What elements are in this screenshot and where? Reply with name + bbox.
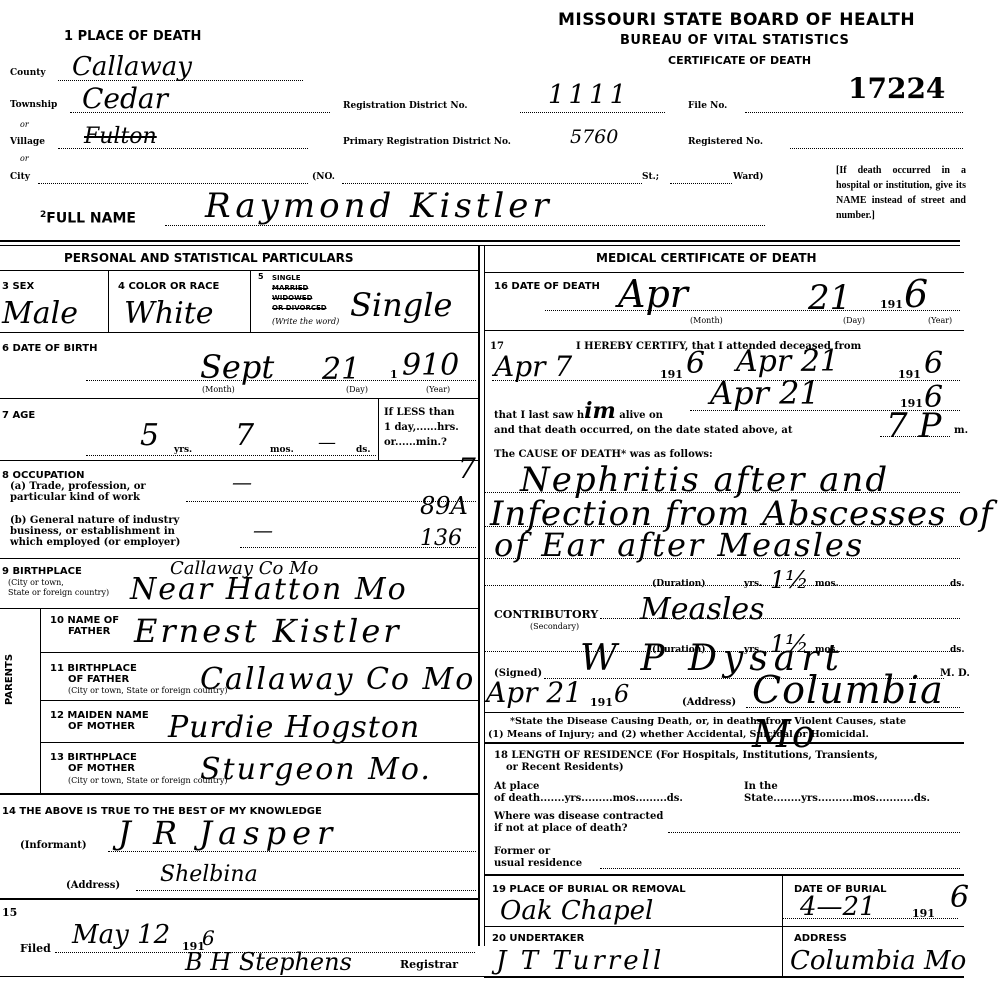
age-yrs-label: yrs. [174, 445, 192, 455]
marital-options: SINGLE MARRIED WIDOWED OR DIVORCED [272, 273, 327, 313]
primary-registration-label: Primary Registration District No. [343, 137, 511, 147]
at-place-line-2: of death.......yrs.........mos.........d… [494, 793, 683, 805]
informant-address-label: (Address) [66, 880, 120, 891]
father-name-label-1: 10 NAME OF [50, 615, 119, 626]
sex-value: Male [2, 296, 78, 331]
informant-value: J R Jasper [118, 814, 338, 852]
last-saw-pronoun: im [584, 398, 616, 424]
signed-date: Apr 21 [486, 676, 582, 709]
dod-month-caption: (Month) [690, 316, 723, 325]
date-of-death-month: Apr [618, 272, 688, 316]
occupation-b-label: (b) General nature of industry business,… [10, 515, 180, 548]
attended-to-year: 6 [924, 346, 943, 381]
burial-year: 6 [950, 880, 969, 915]
where-contracted: Where was disease contracted if not at p… [494, 811, 663, 835]
mother-name-label: 12 MAIDEN NAME OF MOTHER [50, 710, 149, 732]
village-value: Fulton [84, 124, 157, 149]
street-number-label: (NO. [312, 172, 335, 182]
race-value: White [124, 296, 214, 331]
marital-option-married: MARRIED [272, 283, 327, 293]
contrib-duration-ds-label: ds. [950, 645, 965, 655]
age-mos-label: mos. [270, 445, 294, 455]
cause-label: The CAUSE OF DEATH* was as follows: [494, 449, 713, 460]
father-name-label-2: FATHER [50, 626, 119, 637]
township-label: Township [10, 100, 57, 110]
father-name-value: Ernest Kistler [134, 612, 402, 650]
father-bp-label-1: 11 BIRTHPLACE [50, 663, 137, 674]
age-years: 5 [140, 418, 159, 453]
date-of-death-year-prefix: 191 [880, 298, 903, 311]
dob-month-caption: (Month) [202, 385, 235, 394]
registrar-signature: B H Stephens [185, 948, 352, 976]
county-value: Callaway [72, 52, 192, 82]
age-months: 7 [235, 418, 254, 453]
last-saw-prefix: that I last saw h [494, 410, 584, 421]
father-name-label: 10 NAME OF FATHER [50, 615, 119, 637]
medical-heading: MEDICAL CERTIFICATE OF DEATH [596, 251, 817, 265]
mother-birthplace-label: 13 BIRTHPLACE OF MOTHER [50, 752, 137, 774]
attended-from-date: Apr 7 [494, 350, 572, 383]
former-line-2: usual residence [494, 858, 582, 870]
margin-code-1: 7 [458, 452, 476, 485]
street-label: St.; [642, 172, 659, 182]
certificate-type: CERTIFICATE OF DEATH [668, 54, 811, 67]
contracted-line-1: Where was disease contracted [494, 811, 663, 823]
margin-code-2: 89A [420, 492, 468, 520]
occupation-label: 8 OCCUPATION [2, 470, 85, 481]
occupation-a-label: (a) Trade, profession, or particular kin… [10, 481, 146, 503]
duration-ds-label: ds. [950, 579, 965, 589]
full-name-text: FULL NAME [46, 211, 136, 227]
or-label: or [20, 120, 29, 129]
personal-heading: PERSONAL AND STATISTICAL PARTICULARS [64, 251, 354, 265]
residence-heading-line-2: or Recent Residents) [494, 762, 878, 774]
death-time-value: 7 P [886, 406, 941, 446]
death-time-text: and that death occurred, on the date sta… [494, 425, 793, 436]
cause-line-3: of Ear after Measles [494, 526, 864, 564]
marital-option-divorced: OR DIVORCED [272, 303, 327, 313]
in-state-line-2: State........yrs..........mos...........… [744, 793, 930, 805]
date-of-death-label: 16 DATE OF DEATH [494, 281, 600, 292]
undertaker-address-label: ADDRESS [794, 933, 847, 944]
filed-date: May 12 [72, 920, 170, 950]
mother-name-label-1: 12 MAIDEN NAME [50, 710, 149, 721]
mother-name-value: Purdie Hogston [168, 710, 420, 745]
occupation-b-value: — [253, 518, 273, 542]
father-birthplace-value: Callaway Co Mo [200, 662, 475, 697]
dob-label: 6 DATE OF BIRTH [2, 343, 97, 354]
signed-year-prefix: 191 [590, 696, 613, 709]
secondary-label: (Secondary) [530, 622, 579, 631]
contributory-label: CONTRIBUTORY [494, 608, 598, 621]
physician-address-label: (Address) [682, 697, 736, 708]
duration-yrs-label: yrs. [744, 579, 762, 589]
last-saw-text: that I last saw him alive on [494, 398, 663, 424]
footnote-line-2: (1) Means of Injury; and (2) whether Acc… [488, 729, 869, 740]
registered-no-label: Registered No. [688, 137, 763, 147]
dob-day-caption: (Day) [346, 385, 368, 394]
father-birthplace-label: 11 BIRTHPLACE OF FATHER [50, 663, 137, 685]
full-name-label: 2FULL NAME [40, 210, 136, 227]
duration-label: (Duration) [652, 579, 706, 589]
marital-option-widowed: WIDOWED [272, 293, 327, 303]
occ-a-line-1: (a) Trade, profession, or [10, 481, 146, 492]
less-than-line-2: 1 day,......hrs. [384, 420, 459, 435]
informant-address-value: Shelbina [160, 862, 258, 887]
occupation-a-value: — [232, 470, 252, 494]
dob-year: 910 [402, 348, 459, 383]
place-of-death-heading: 1 PLACE OF DEATH [64, 29, 201, 44]
dob-month: Sept [200, 348, 274, 386]
residence-heading: 18 LENGTH OF RESIDENCE (For Hospitals, I… [494, 750, 878, 774]
undertaker-address-value: Columbia Mo [790, 946, 966, 976]
age-days: — [318, 432, 336, 453]
birthplace-value: Near Hatton Mo [130, 572, 408, 607]
full-name-value: Raymond Kistler [205, 186, 553, 226]
burial-date-value: 4—21 [800, 892, 876, 922]
mother-bp-label-1: 13 BIRTHPLACE [50, 752, 137, 763]
dod-year-caption: (Year) [928, 316, 952, 325]
at-place-of-death: At place of death.......yrs.........mos.… [494, 781, 683, 805]
primary-registration-value: 5760 [570, 126, 618, 148]
duration-months: 1½ [770, 566, 809, 594]
death-time-suffix: m. [954, 425, 968, 436]
date-of-death-year: 6 [904, 272, 928, 316]
residence-heading-line-1: 18 LENGTH OF RESIDENCE (For Hospitals, I… [494, 750, 878, 762]
duration-mos-label: mos. [815, 579, 839, 589]
city-label: City [10, 172, 30, 182]
mother-birthplace-value: Sturgeon Mo. [200, 752, 432, 787]
sex-label: 3 SEX [2, 281, 34, 292]
contracted-line-2: if not at place of death? [494, 823, 663, 835]
former-residence: Former or usual residence [494, 846, 582, 870]
filed-label: Filed [20, 942, 51, 955]
board-title: MISSOURI STATE BOARD OF HEALTH [558, 10, 915, 30]
at-place-line-1: At place [494, 781, 683, 793]
burial-place-value: Oak Chapel [500, 896, 653, 926]
dod-day-caption: (Day) [843, 316, 865, 325]
birthplace-label: 9 BIRTHPLACE [2, 566, 82, 577]
dob-year-caption: (Year) [426, 385, 450, 394]
burial-place-label: 19 PLACE OF BURIAL OR REMOVAL [492, 884, 686, 895]
birthplace-hint-2: State or foreign country) [8, 588, 109, 598]
marital-hint: (Write the word) [272, 317, 339, 326]
hospital-note: [If death occurred in a hospital or inst… [836, 163, 966, 223]
age-ds-label: ds. [356, 445, 371, 455]
county-label: County [10, 68, 46, 78]
margin-code-3: 136 [420, 526, 462, 551]
ward-label: Ward) [733, 172, 763, 182]
filed-year: 6 [202, 926, 215, 950]
occ-b-line-2: business, or establishment in [10, 526, 180, 537]
parents-side-label: PARENTS [4, 654, 15, 705]
occ-b-line-3: which employed (or employer) [10, 537, 180, 548]
registrar-label: Registrar [400, 958, 458, 971]
alive-on-text: alive on [619, 410, 663, 421]
birthplace-hint-1: (City or town, [8, 578, 109, 588]
marital-value: Single [350, 286, 452, 324]
dob-day: 21 [322, 352, 360, 387]
less-than-day-note: If LESS than 1 day,......hrs. or......mi… [384, 405, 459, 450]
attended-to-year-prefix: 191 [898, 368, 921, 381]
dob-year-prefix: 1 [390, 368, 398, 381]
or-label-2: or [20, 154, 29, 163]
birthplace-hint: (City or town, State or foreign country) [8, 578, 109, 598]
registration-district-label: Registration District No. [343, 101, 468, 111]
undertaker-label: 20 UNDERTAKER [492, 933, 584, 944]
former-line-1: Former or [494, 846, 582, 858]
mother-name-label-2: OF MOTHER [50, 721, 149, 732]
attended-from-year-prefix: 191 [660, 368, 683, 381]
registration-district-value: 1111 [548, 80, 630, 110]
marital-number: 5 [258, 272, 264, 281]
in-state-line-1: In the [744, 781, 930, 793]
age-label: 7 AGE [2, 410, 35, 421]
occ-b-line-1: (b) General nature of industry [10, 515, 180, 526]
contributory-value: Measles [640, 592, 765, 627]
township-value: Cedar [82, 82, 168, 115]
file-number-stamp: 17224 [848, 72, 945, 105]
less-than-line-3: or......min.? [384, 435, 459, 450]
burial-year-prefix: 191 [912, 907, 935, 920]
occ-a-line-2: particular kind of work [10, 492, 146, 503]
signed-year: 6 [614, 680, 629, 708]
date-of-death-day: 21 [808, 278, 851, 318]
race-label: 4 COLOR OR RACE [118, 281, 219, 292]
mother-bp-label-2: OF MOTHER [50, 763, 137, 774]
marital-option-single: SINGLE [272, 273, 327, 283]
informant-label: (Informant) [20, 840, 87, 851]
attended-from-year: 6 [686, 346, 705, 381]
footnote-line-1: *State the Disease Causing Death, or, in… [510, 716, 906, 727]
last-saw-date: Apr 21 [710, 374, 820, 412]
father-bp-label-2: OF FATHER [50, 674, 137, 685]
less-than-line-1: If LESS than [384, 405, 459, 420]
undertaker-value: J T Turrell [496, 946, 664, 976]
file-no-label: File No. [688, 101, 727, 111]
in-the-state: In the State........yrs..........mos....… [744, 781, 930, 805]
bureau-subtitle: BUREAU OF VITAL STATISTICS [620, 33, 849, 48]
filed-section-number: 15 [2, 906, 17, 919]
village-label: Village [10, 137, 45, 147]
